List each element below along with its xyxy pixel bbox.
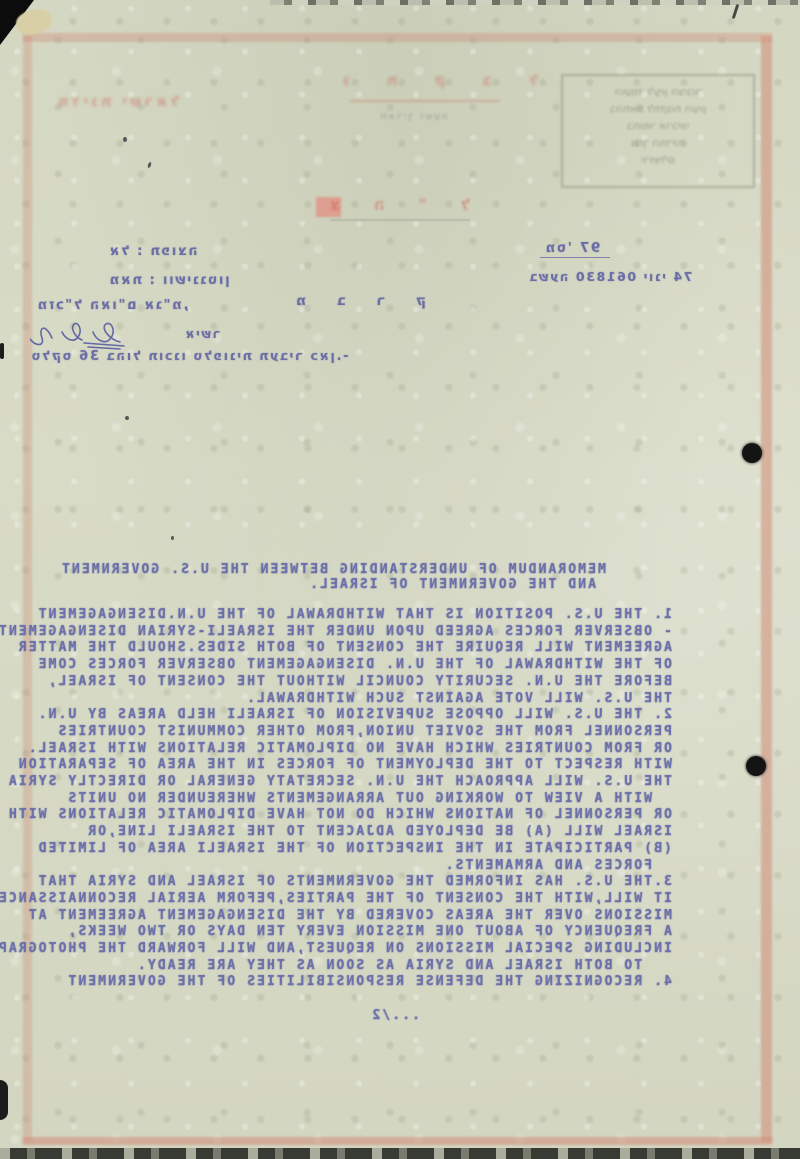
ink-speck (123, 137, 127, 142)
stamp-box-line: בהתאם לתקנות העיון (569, 101, 747, 118)
frame-line-left (761, 36, 772, 1142)
routing-note: מזכ"ל האו"ם אג"מ, (36, 297, 189, 313)
from-line: מאת : וושינגטון (108, 272, 230, 288)
received-stamp-subline: תאריך ושעה (378, 111, 448, 122)
approval-word: אישר (184, 326, 220, 341)
stamp-box-line: בחומר ארכיוני (569, 118, 747, 135)
red-stamp-underline (330, 219, 470, 221)
edge-mark (0, 343, 4, 359)
received-stamp-letters: נ ת ק ב ל (327, 71, 538, 89)
frame-line-bottom (23, 1137, 772, 1145)
page-continuation-marker: .../2 (370, 1008, 420, 1025)
stamp-box-line: הועמד לעיון הציבור (569, 84, 747, 101)
to-line: אל : תפוצה (108, 243, 198, 259)
stamp-box-line: ירושלים (569, 152, 747, 169)
scan-edge-top (270, 0, 800, 5)
mirrored-showthrough-layer: הועמד לעיון הציבור בהתאם לתקנות העיון בח… (0, 0, 800, 1159)
stamp-box-line: גנזך המדינה (569, 135, 747, 152)
red-stamp-letters: צ ה " ל (316, 195, 470, 214)
time-received-line: בשעה 061830 יוני 74 (528, 269, 692, 284)
approval-row: אישר (30, 318, 220, 350)
frame-line-top (23, 33, 772, 42)
archive-stamp-box: הועמד לעיון הציבור בהתאם לתקנות העיון בח… (561, 74, 755, 188)
memo-body: 1. THE U.S. POSITION IS THAT WITHDRAWAL … (0, 607, 672, 991)
scan-edge-bottom (0, 1148, 800, 1159)
scanned-document-page: הועמד לעיון הציבור בהתאם לתקנות העיון בח… (0, 0, 800, 1159)
punch-hole-top (742, 443, 762, 463)
instruction-line: טלקס 36 בהול תוכנו טלפונית תעביר כאן.- (30, 349, 348, 364)
edge-mark (0, 1080, 8, 1120)
pink-smudge-stamp: מדינת ישראל (55, 92, 235, 110)
punch-hole-bottom (746, 756, 766, 776)
telegram-number: מס' 97 (540, 240, 610, 256)
received-stamp-underline (350, 100, 500, 102)
telegram-word: מ ב ר ק (283, 293, 426, 309)
memo-title: MEMORANDUM OF UNDERSTANDING BETWEEN THE … (60, 563, 606, 592)
ink-speck (125, 416, 129, 420)
telegram-number-text: מס' 97 (540, 240, 610, 258)
ink-speck (171, 536, 174, 540)
